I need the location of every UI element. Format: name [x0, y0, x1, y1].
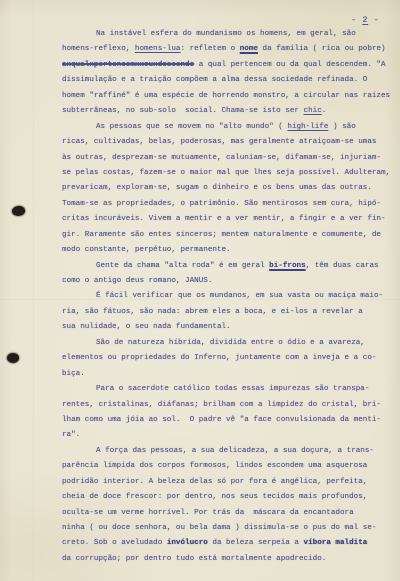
page-number: - 2 -: [351, 15, 380, 25]
text-line: modo constante, perpétuo, permanente.: [62, 243, 398, 258]
text-segment: víbora maldita: [304, 539, 368, 547]
text-line: rentes, cristalinas, diáfanas; brilham c…: [62, 398, 398, 413]
text-segment: rentes, cristalinas, diáfanas; brilham c…: [62, 401, 381, 409]
text-segment: modo constante, perpétuo, permanente.: [62, 246, 231, 254]
text-segment: homem "raffiné" é uma espécie de horrend…: [62, 92, 390, 100]
text-segment: , têm duas caras: [306, 262, 379, 270]
text-segment: ricas, cultivadas, belas, poderosas, mas…: [62, 138, 376, 146]
text-segment: São de natureza híbrida, dividida entre …: [96, 339, 365, 347]
text-segment: ra".: [62, 431, 80, 439]
page-number-suffix: -: [368, 15, 379, 25]
text-line: axqualxpertencemxxouxdescende a qual per…: [62, 58, 398, 73]
text-segment: podridão interior. A beleza delas só por…: [62, 478, 367, 486]
text-segment: da corrupção; por dentro tudo está morta…: [62, 555, 326, 563]
text-segment: cheia de doce frescor: por dentro, nos s…: [62, 493, 367, 501]
text-segment: ria, são fátuos, são nada: abrem eles a …: [62, 308, 363, 316]
text-segment: da família ( rica ou pobre): [258, 45, 386, 53]
text-line: da corrupção; por dentro tudo está morta…: [62, 552, 398, 567]
text-segment: sua nulidade, o seu nada fundamental.: [62, 323, 231, 331]
text-line: como o antigo deus romano, JANUS.: [62, 274, 398, 289]
text-line: homem "raffiné" é uma espécie de horrend…: [62, 89, 398, 104]
text-segment: Na instável esfera do mundanismo os home…: [96, 30, 356, 38]
text-segment: invólucro: [167, 539, 208, 547]
text-line: cheia de doce frescor: por dentro, nos s…: [62, 490, 398, 505]
text-segment: oculta-se um verme horrível. Por trás da…: [62, 509, 354, 517]
text-segment: É fácil verificar que os mundanos, em su…: [96, 292, 383, 300]
text-line: critas incuráveis. Vivem a mentir e a ve…: [62, 212, 398, 227]
text-line: As pessoas que se movem no "alto mundo" …: [62, 120, 398, 135]
text-segment: homens-lua: [135, 45, 181, 53]
text-line: Para o sacerdote católico todas essas im…: [62, 382, 398, 397]
page-number-prefix: -: [351, 15, 362, 25]
text-line: Tomam-se as propriedades, o patrimônio. …: [62, 197, 398, 212]
typewritten-text: Na instável esfera do mundanismo os home…: [62, 27, 398, 567]
text-segment: subterrâneas, no sub-solo social. Chama-…: [62, 107, 304, 115]
text-segment: critas incuráveis. Vivem a mentir e a ve…: [62, 215, 386, 223]
text-line: se pelas costas, fazem-se o maior mal qu…: [62, 166, 398, 181]
text-segment: às outras, desprezam-se mutuamente, calu…: [62, 154, 381, 162]
text-line: ninha ( ou doce senhora, ou bela dama ) …: [62, 521, 398, 536]
text-segment: biça.: [62, 370, 85, 378]
text-segment: prevaricam, exploram-se, sugam o dinheir…: [62, 184, 372, 192]
text-segment: ninha ( ou doce senhora, ou bela dama ) …: [62, 524, 376, 532]
text-segment: homens-reflexo,: [62, 45, 135, 53]
text-segment: gir. Raramente são entes sinceros; mente…: [62, 231, 381, 239]
text-line: sua nulidade, o seu nada fundamental.: [62, 320, 398, 335]
text-segment: Para o sacerdote católico todas essas im…: [96, 385, 369, 393]
text-line: lham como uma jóia ao sol. O padre vê "a…: [62, 413, 398, 428]
text-line: homens-reflexo, homens-lua: refletem o n…: [62, 42, 398, 57]
text-line: ricas, cultivadas, belas, poderosas, mas…: [62, 135, 398, 150]
text-segment: axqualxpertencemxxouxdescende: [62, 61, 194, 69]
text-segment: .: [322, 107, 327, 115]
text-line: biça.: [62, 367, 398, 382]
text-segment: como o antigo deus romano, JANUS.: [62, 277, 212, 285]
text-segment: Gente da chama "alta roda" é em geral: [96, 262, 269, 270]
ink-blot-bottom: [6, 352, 19, 364]
text-segment: high-life: [287, 123, 328, 131]
text-segment: ) são: [328, 123, 355, 131]
text-segment: bi-frons: [269, 262, 305, 270]
text-line: parência límpida dos corpos formosos, li…: [62, 459, 398, 474]
text-segment: nome: [240, 45, 258, 53]
text-segment: se pelas costas, fazem-se o maior mal qu…: [62, 169, 390, 177]
text-segment: lham como uma jóia ao sol. O padre vê "a…: [62, 416, 381, 424]
text-segment: elementos ou propriedades do Inferno, ju…: [62, 354, 376, 362]
text-line: podridão interior. A beleza delas só por…: [62, 475, 398, 490]
text-line: prevaricam, exploram-se, sugam o dinheir…: [62, 181, 398, 196]
text-segment: A força das pessoas, a sua delicadeza, a…: [96, 447, 374, 455]
text-line: Na instável esfera do mundanismo os home…: [62, 27, 398, 42]
text-line: dissimulação e a traição compõem a alma …: [62, 73, 398, 88]
scanned-typewritten-page: - 2 - Na instável esfera do mundanismo o…: [0, 0, 400, 581]
text-line: subterrâneas, no sub-solo social. Chama-…: [62, 104, 398, 119]
text-line: oculta-se um verme horrível. Por trás da…: [62, 506, 398, 521]
text-line: gir. Raramente são entes sinceros; mente…: [62, 228, 398, 243]
text-line: ra".: [62, 428, 398, 443]
text-segment: parência límpida dos corpos formosos, li…: [62, 462, 367, 470]
text-segment: Tomam-se as propriedades, o patrimônio. …: [62, 200, 381, 208]
text-line: São de natureza híbrida, dividida entre …: [62, 336, 398, 351]
text-line: É fácil verificar que os mundanos, em su…: [62, 289, 398, 304]
ink-blot-top: [11, 205, 26, 217]
text-line: A força das pessoas, a sua delicadeza, a…: [62, 444, 398, 459]
text-segment: chic: [304, 107, 322, 115]
text-segment: dissimulação e a traição compõem a alma …: [62, 76, 367, 84]
text-segment: a qual pertencem ou da qual descendem. "…: [194, 61, 385, 69]
text-line: Gente da chama "alta roda" é em geral bi…: [62, 259, 398, 274]
text-segment: creto. Sob o aveludado: [62, 539, 167, 547]
paper-crease: [33, 0, 35, 581]
text-line: ria, são fátuos, são nada: abrem eles a …: [62, 305, 398, 320]
text-segment: da beleza serpeia a: [208, 539, 304, 547]
text-segment: As pessoas que se movem no "alto mundo" …: [96, 123, 287, 131]
text-line: elementos ou propriedades do Inferno, ju…: [62, 351, 398, 366]
text-segment: : refletem o: [181, 45, 240, 53]
text-line: às outras, desprezam-se mutuamente, calu…: [62, 151, 398, 166]
text-line: creto. Sob o aveludado invólucro da bele…: [62, 536, 398, 551]
